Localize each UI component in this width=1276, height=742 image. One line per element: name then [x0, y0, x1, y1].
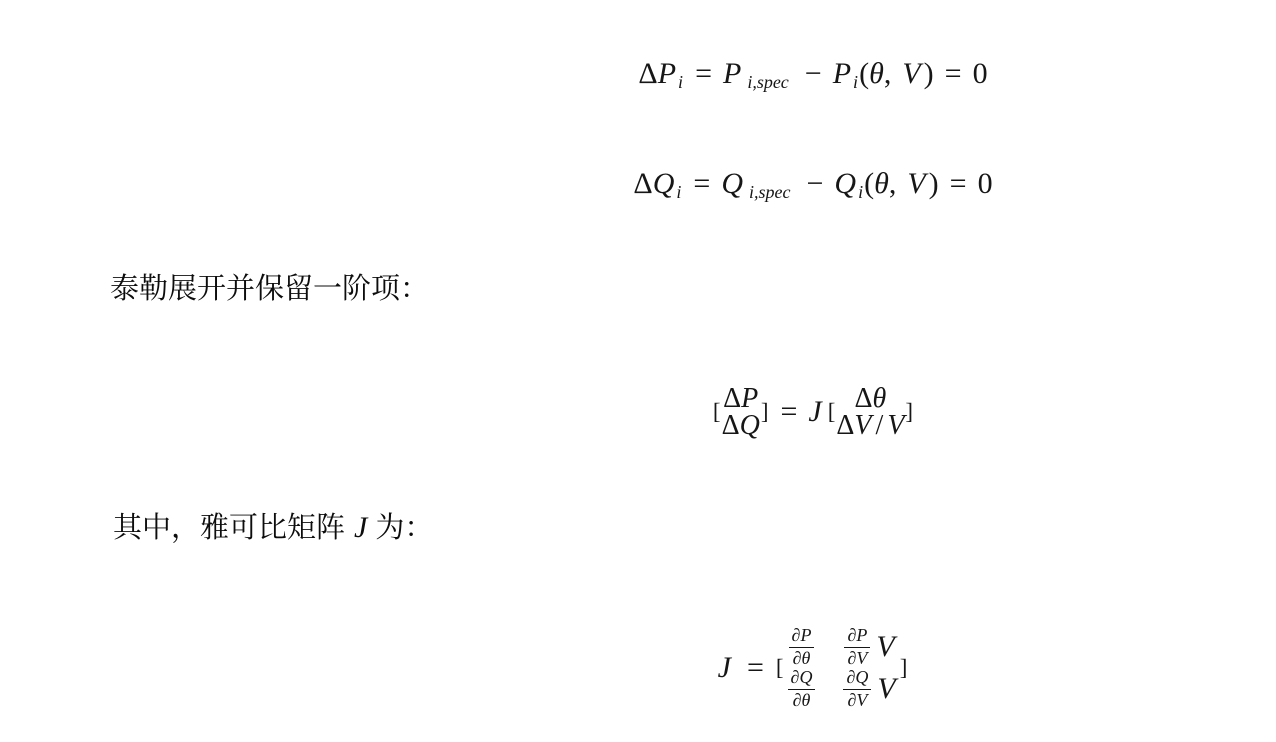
partial-symbol: ∂ [847, 625, 856, 645]
left-paren: ( [859, 57, 869, 90]
math-var-v: V [907, 167, 925, 200]
state-vector-row1: Δθ [855, 385, 887, 412]
equals-sign: = [747, 651, 764, 685]
equals-sign: = [780, 395, 797, 429]
math-subscript-i2: i [858, 182, 863, 202]
fraction-dp-dv: ∂P ∂V [844, 627, 870, 667]
right-paren: ) [929, 167, 939, 200]
math-var-p: P [856, 625, 867, 645]
partial-symbol: ∂ [846, 667, 855, 687]
fraction-denominator: ∂θ [788, 690, 816, 710]
math-var-v: V [856, 690, 867, 710]
math-subscript-i: i [678, 72, 683, 92]
math-var-theta: θ [802, 648, 811, 668]
math-var-jacobian: J [808, 395, 821, 429]
math-delta: Δ [633, 167, 652, 200]
math-var-p-spec: P [723, 57, 741, 90]
fraction-dq-dv: ∂Q ∂V [843, 669, 871, 709]
math-var-q: Q [653, 167, 675, 200]
fraction-denominator: ∂θ [789, 648, 815, 668]
math-var-v: V [856, 648, 867, 668]
math-subscript-ispec: i,spec [749, 182, 790, 202]
math-var-v: V [902, 57, 920, 90]
comma: , [889, 167, 897, 200]
document-page: ΔPi=Pi,spec−Pi(θ,V)=0 ΔQi=Qi,spec−Qi(θ,V… [0, 0, 1276, 742]
matrix-cell-21: ∂Q ∂θ [788, 669, 816, 709]
math-var-v: V [854, 410, 871, 441]
right-bracket-2: ] [905, 399, 913, 425]
math-var-jacobian-inline: J [354, 511, 367, 544]
partial-symbol: ∂ [793, 690, 802, 710]
minus-sign: − [806, 167, 823, 200]
math-var-p: P [658, 57, 676, 90]
partial-symbol: ∂ [847, 690, 856, 710]
equation-linearized: [ ΔP ΔQ ] = J [ Δθ ΔV/V ] [0, 384, 1276, 440]
matrix-cell-11: ∂P ∂θ [789, 627, 815, 667]
matrix-cell-22: ∂Q ∂V V [843, 669, 895, 709]
comma: , [884, 57, 892, 90]
mismatch-vector: ΔP ΔQ [722, 385, 760, 439]
mismatch-vector-row2: ΔQ [722, 412, 760, 439]
right-bracket: ] [900, 655, 908, 681]
math-zero: 0 [978, 167, 993, 200]
math-var-q-spec: Q [721, 167, 743, 200]
math-var-q: Q [740, 410, 760, 441]
partial-symbol: ∂ [791, 667, 800, 687]
equation-p-mismatch-line: ΔPi=Pi,spec−Pi(θ,V)=0 [638, 57, 987, 93]
math-var-p-fn: P [833, 57, 851, 90]
math-var-v2: V [887, 410, 904, 441]
left-bracket: [ [776, 655, 784, 681]
left-paren: ( [864, 167, 874, 200]
equation-jacobian: J = [ ∂P ∂θ ∂P ∂V V [0, 630, 1276, 706]
math-var-q: Q [799, 667, 812, 687]
fraction-numerator: ∂P [844, 627, 870, 648]
fraction-numerator: ∂Q [788, 669, 816, 690]
math-var-theta: θ [869, 57, 884, 90]
mismatch-vector-row1: ΔP [723, 385, 758, 412]
equation-linearized-line: [ ΔP ΔQ ] = J [ Δθ ΔV/V ] [712, 385, 914, 439]
equation-p-mismatch: ΔPi=Pi,spec−Pi(θ,V)=0 [0, 47, 1276, 103]
math-var-p: P [800, 625, 811, 645]
math-var-theta: θ [802, 690, 811, 710]
jacobian-intro-pre: 其中，雅可比矩阵 [113, 512, 345, 544]
equals-sign: = [695, 57, 712, 90]
math-var-jacobian: J [718, 651, 731, 685]
divide-slash: / [876, 410, 884, 441]
fraction-denominator: ∂V [843, 690, 871, 710]
math-subscript-ispec: i,spec [747, 72, 788, 92]
math-delta: Δ [722, 410, 740, 441]
math-subscript-i2: i [853, 72, 858, 92]
math-delta: Δ [638, 57, 657, 90]
taylor-expansion-label: 泰勒展开并保留一阶项： [110, 273, 429, 305]
partial-symbol: ∂ [792, 625, 801, 645]
equation-q-mismatch: ΔQi=Qi,spec−Qi(θ,V)=0 [0, 157, 1276, 213]
fraction-denominator: ∂V [844, 648, 870, 668]
equals-sign-2: = [945, 57, 962, 90]
left-bracket: [ [713, 399, 721, 425]
math-delta: Δ [836, 410, 854, 441]
math-var-v-multiplier: V [876, 630, 894, 664]
jacobian-intro-text: 其中，雅可比矩阵J为： [113, 510, 433, 546]
fraction-dp-dtheta: ∂P ∂θ [789, 627, 815, 667]
state-vector-row2: ΔV/V [836, 412, 904, 439]
right-bracket: ] [761, 399, 769, 425]
math-subscript-i: i [676, 182, 681, 202]
left-bracket-2: [ [828, 399, 836, 425]
fraction-numerator: ∂P [789, 627, 815, 648]
equals-sign-2: = [950, 167, 967, 200]
math-var-q-fn: Q [834, 167, 856, 200]
state-vector: Δθ ΔV/V [836, 385, 904, 439]
fraction-numerator: ∂Q [843, 669, 871, 690]
taylor-expansion-text: 泰勒展开并保留一阶项： [110, 271, 429, 307]
minus-sign: − [805, 57, 822, 90]
equals-sign: = [693, 167, 710, 200]
partial-symbol: ∂ [793, 648, 802, 668]
fraction-dq-dtheta: ∂Q ∂θ [788, 669, 816, 709]
math-var-v-multiplier: V [877, 672, 895, 706]
math-var-q: Q [855, 667, 868, 687]
matrix-cell-12: ∂P ∂V V [844, 627, 894, 667]
equation-q-mismatch-line: ΔQi=Qi,spec−Qi(θ,V)=0 [633, 167, 992, 203]
jacobian-intro-post: 为： [375, 512, 433, 544]
jacobian-matrix: ∂P ∂θ ∂P ∂V V ∂Q ∂θ [788, 627, 896, 709]
partial-symbol: ∂ [847, 648, 856, 668]
math-var-theta: θ [874, 167, 889, 200]
math-zero: 0 [973, 57, 988, 90]
equation-jacobian-line: J = [ ∂P ∂θ ∂P ∂V V [718, 627, 909, 709]
right-paren: ) [924, 57, 934, 90]
